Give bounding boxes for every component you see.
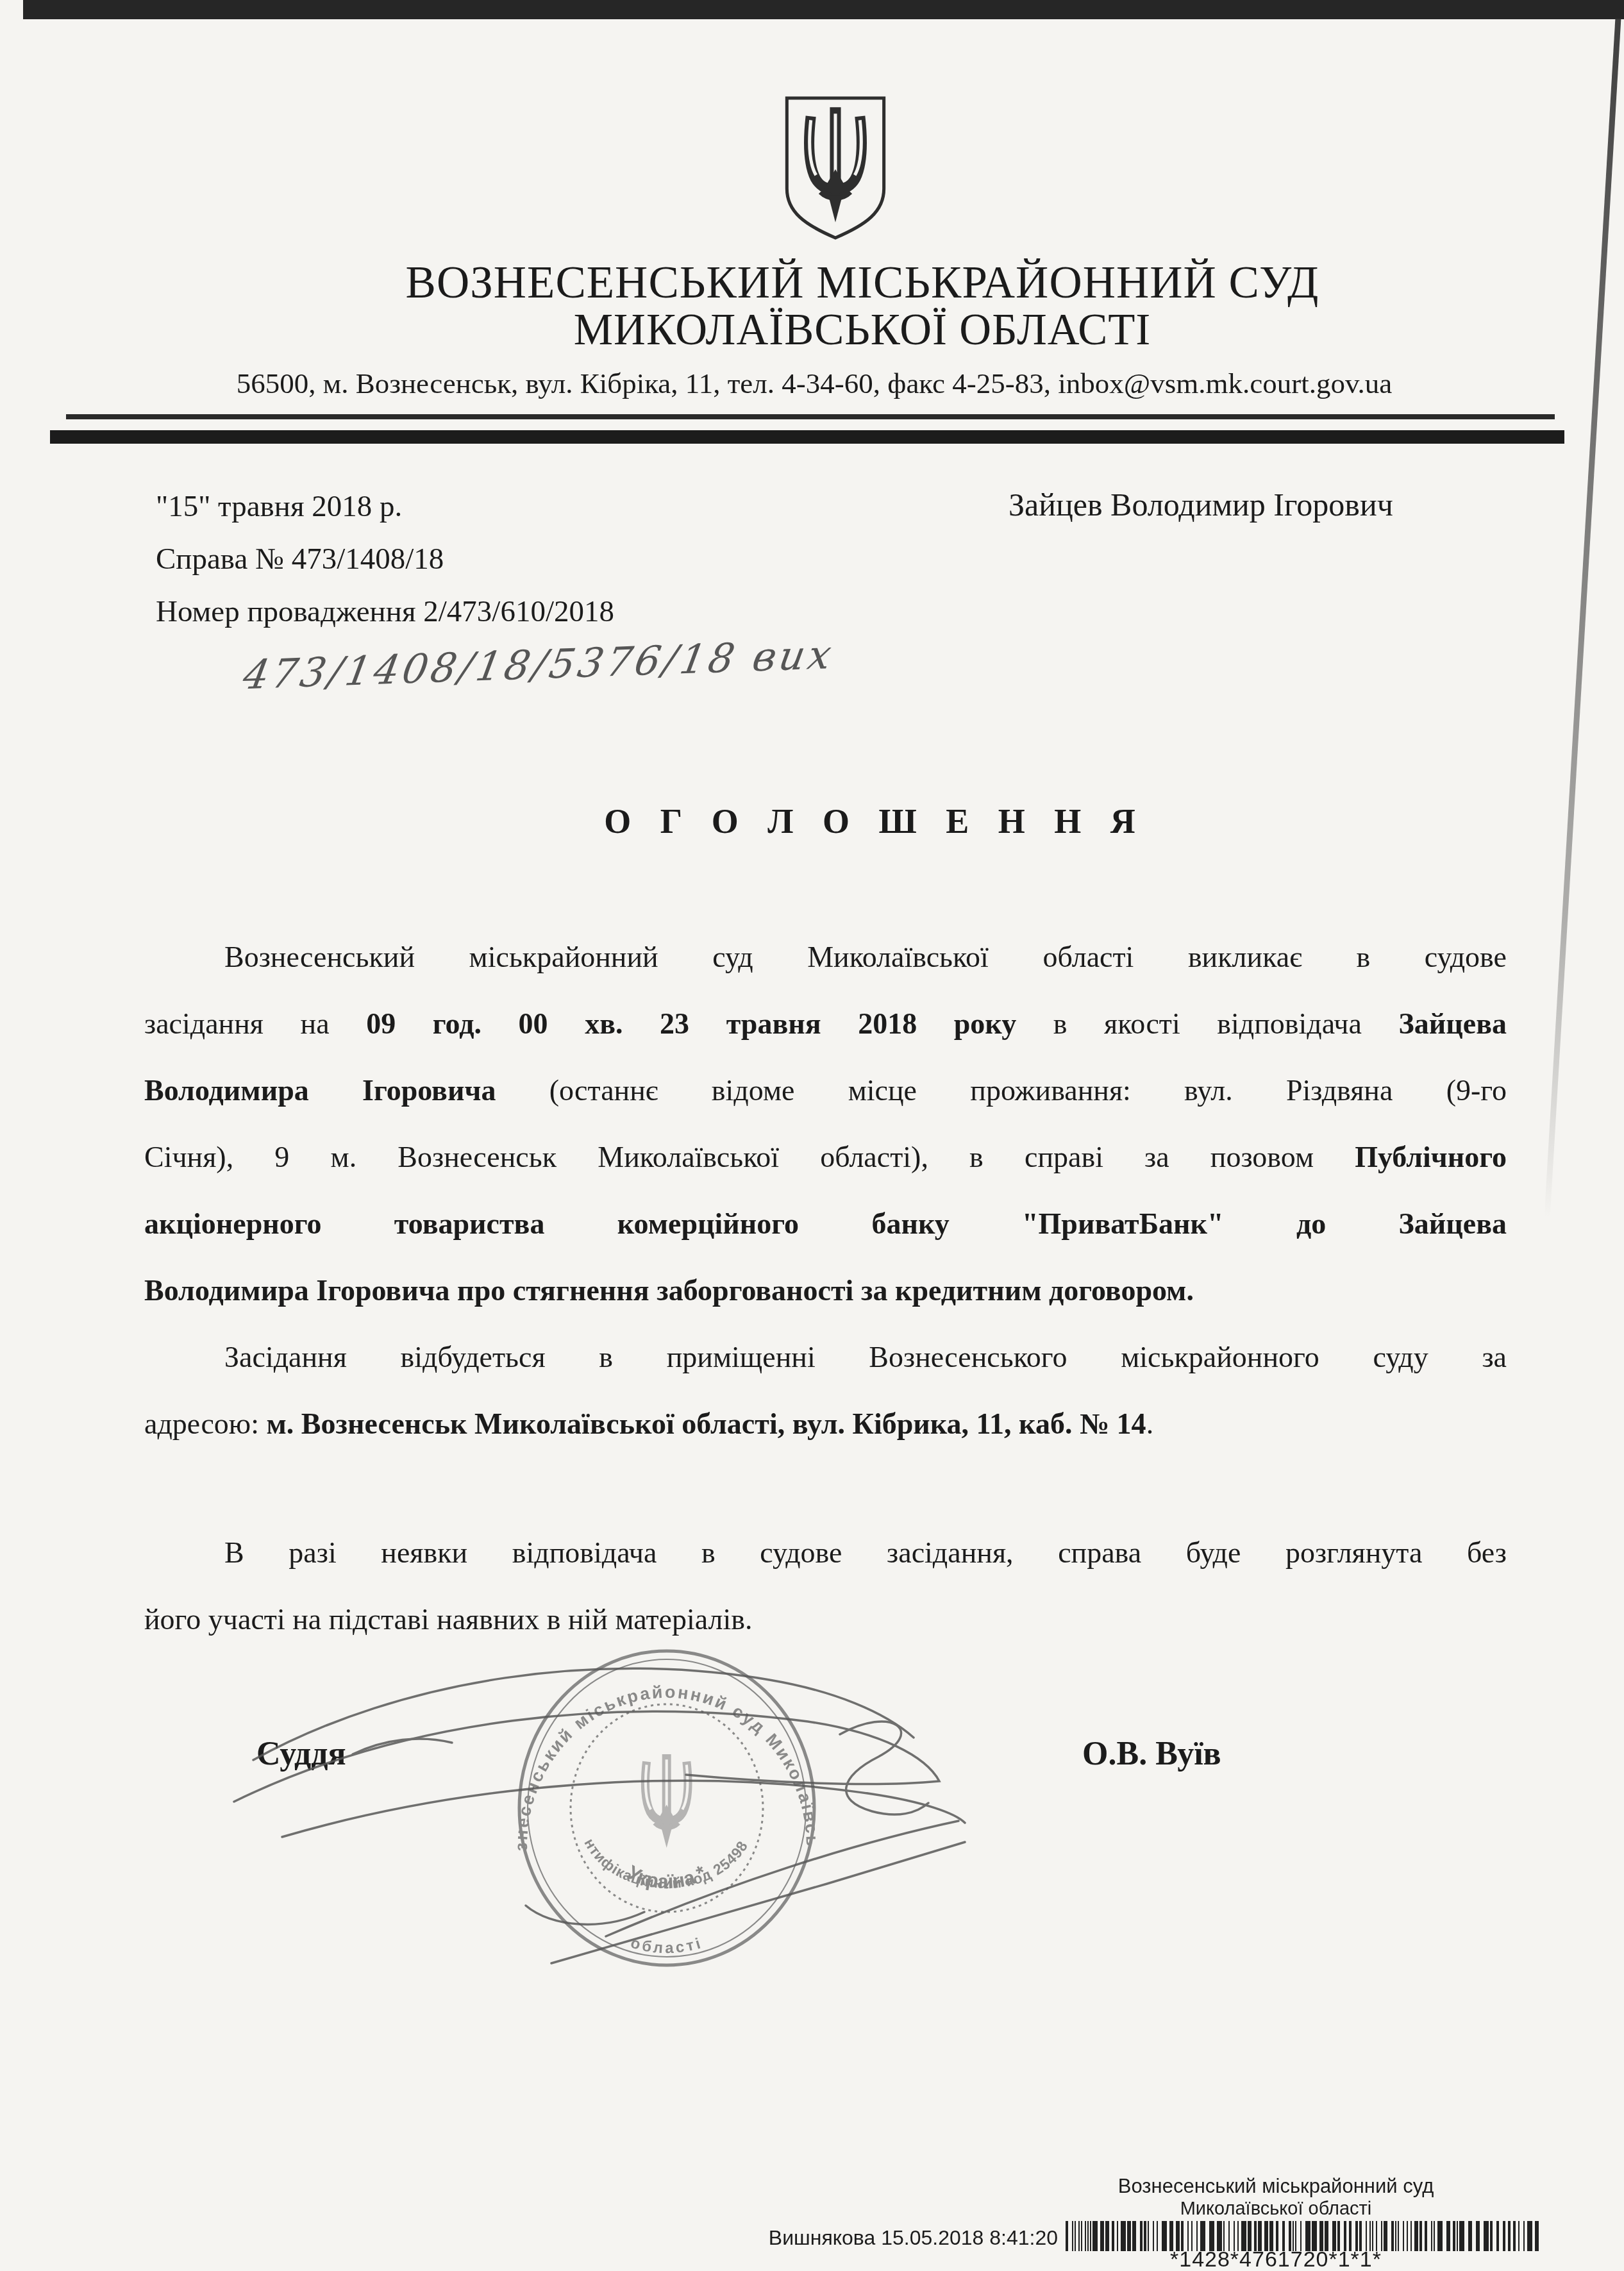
svg-text:Україна *: Україна * [623,1861,710,1893]
stamp-ring-text-top: Вознесенський міськрайонний суд Миколаїв… [192,1629,822,1851]
announcement-body: Вознесенський міськрайонний суд Миколаїв… [144,924,1507,1653]
body-line: Січня), 9 м. Вознесенськ Миколаївської о… [144,1124,1507,1191]
body-line: В разі неявки відповідача в судове засід… [144,1520,1507,1586]
scan-top-bar-artifact [23,0,1624,19]
body-line: акціонерного товариства комерційного бан… [144,1191,1507,1257]
header-rule-thin [66,414,1555,419]
paragraph: Засідання відбудеться в приміщенні Возне… [144,1324,1507,1457]
respondent-name: Зайцев Володимир Ігорович [1009,486,1393,523]
body-line: адресою: м. Вознесенськ Миколаївської об… [144,1391,1507,1457]
body-line: засідання на 09 год. 00 хв. 23 травня 20… [144,991,1507,1057]
handwritten-case-note: 473/1408/18/5376/18 вих [240,631,838,699]
court-stamp-and-signature: Вознесенський міськрайонний суд Миколаїв… [192,1629,1026,2039]
stamp-seal: Вознесенський міськрайонний суд Миколаїв… [192,1629,822,1965]
court-address-line: 56500, м. Вознесенськ, вул. Кібріка, 11,… [67,367,1561,400]
document-date: "15" травня 2018 р. [156,489,402,524]
judge-name: О.В. Вуїв [1082,1735,1221,1773]
document-title: О Г О Л О Ш Е Н Н Я [0,801,1624,841]
barcode [1066,2221,1548,2251]
body-line: Володимира Ігоровича (останнє відоме міс… [144,1057,1507,1124]
court-name-line1: ВОЗНЕСЕНСЬКИЙ МІСЬКРАЙОННИЙ СУД [103,259,1622,306]
paragraph: Вознесенський міськрайонний суд Миколаїв… [144,924,1507,1324]
footer-operator-timestamp: Вишнякова 15.05.2018 8:41:20 [724,2226,1058,2250]
footer-court-line2: Миколаївської області [1000,2199,1552,2220]
svg-text:Вознесенський міськрайонний: Вознесенський міськрайонний суд Миколаїв… [192,1629,822,1851]
court-name-line2: МИКОЛАЇВСЬКОЇ ОБЛАСТІ [103,306,1622,353]
body-line: Засідання відбудеться в приміщенні Возне… [144,1324,1507,1391]
proceeding-number: Номер провадження 2/473/610/2018 [156,594,614,629]
header-rule-thick [50,430,1564,444]
stamp-country-text: Україна * [623,1861,710,1893]
body-line: Володимира Ігоровича про стягнення забор… [144,1257,1507,1324]
case-number: Справа № 473/1408/18 [156,542,444,576]
body-line: Вознесенський міськрайонний суд Миколаїв… [144,924,1507,991]
footer-court-line1: Вознесенський міськрайонний суд [1000,2175,1552,2198]
barcode-text: *1428*4761720*1*1* [1000,2247,1552,2271]
signature-scribbles [234,1668,965,1963]
ukraine-emblem-icon [780,93,891,242]
stamp-trident-icon [645,1754,688,1848]
